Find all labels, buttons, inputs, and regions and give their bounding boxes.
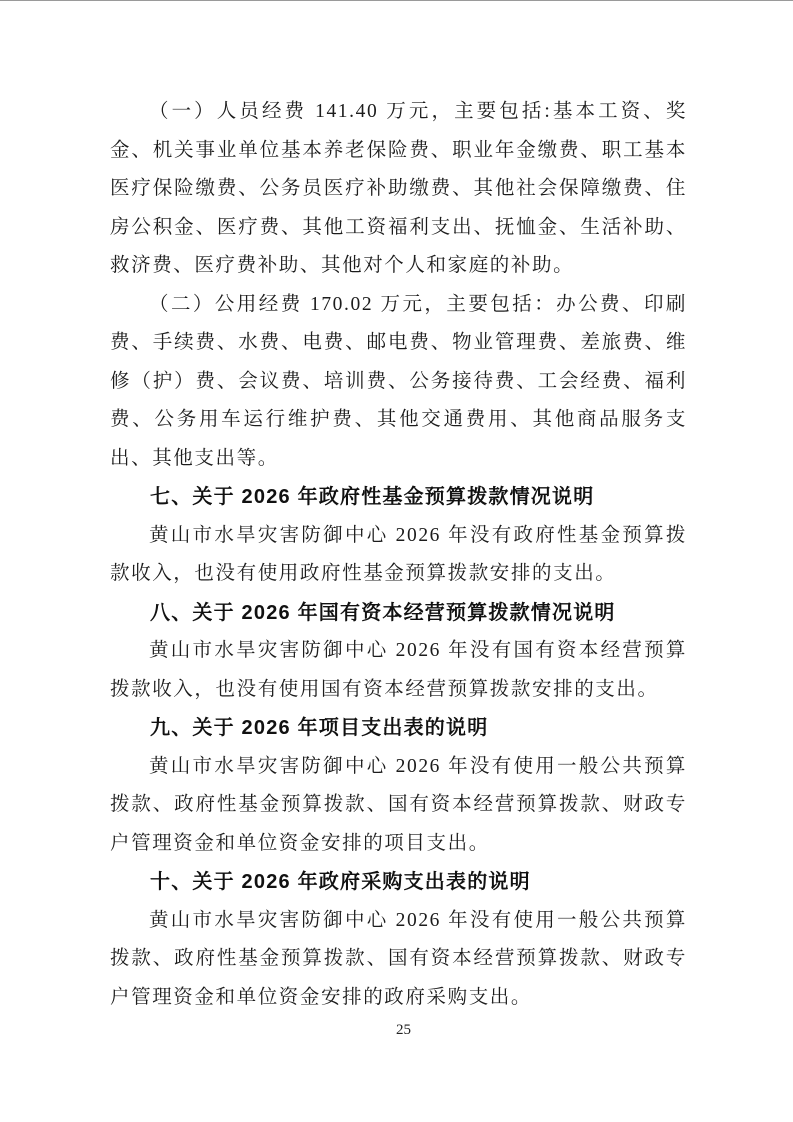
page-footer: 25 [0,1021,793,1039]
document-body: （一）人员经费 141.40 万元，主要包括:基本工资、奖金、机关事业单位基本养… [110,93,687,1017]
heading-section-8-state-capital-budget: 八、关于 2026 年国有资本经营预算拨款情况说明 [110,594,687,633]
page-number: 25 [382,1022,411,1039]
heading-section-10-govt-procurement: 十、关于 2026 年政府采购支出表的说明 [110,863,687,902]
paragraph-section-7-govt-fund-budget: 黄山市水旱灾害防御中心 2026 年没有政府性基金预算拨款收入，也没有使用政府性… [110,517,687,594]
heading-section-7-govt-fund-budget: 七、关于 2026 年政府性基金预算拨款情况说明 [110,478,687,517]
paragraph-personnel-expenses: （一）人员经费 141.40 万元，主要包括:基本工资、奖金、机关事业单位基本养… [110,93,687,286]
paragraph-public-expenses: （二）公用经费 170.02 万元，主要包括：办公费、印刷费、手续费、水费、电费… [110,286,687,479]
paragraph-section-9-project-expenditure: 黄山市水旱灾害防御中心 2026 年没有使用一般公共预算拨款、政府性基金预算拨款… [110,748,687,864]
paragraph-section-10-govt-procurement: 黄山市水旱灾害防御中心 2026 年没有使用一般公共预算拨款、政府性基金预算拨款… [110,902,687,1018]
heading-section-9-project-expenditure: 九、关于 2026 年项目支出表的说明 [110,709,687,748]
paragraph-section-8-state-capital-budget: 黄山市水旱灾害防御中心 2026 年没有国有资本经营预算拨款收入，也没有使用国有… [110,632,687,709]
document-page: （一）人员经费 141.40 万元，主要包括:基本工资、奖金、机关事业单位基本养… [0,0,793,1122]
